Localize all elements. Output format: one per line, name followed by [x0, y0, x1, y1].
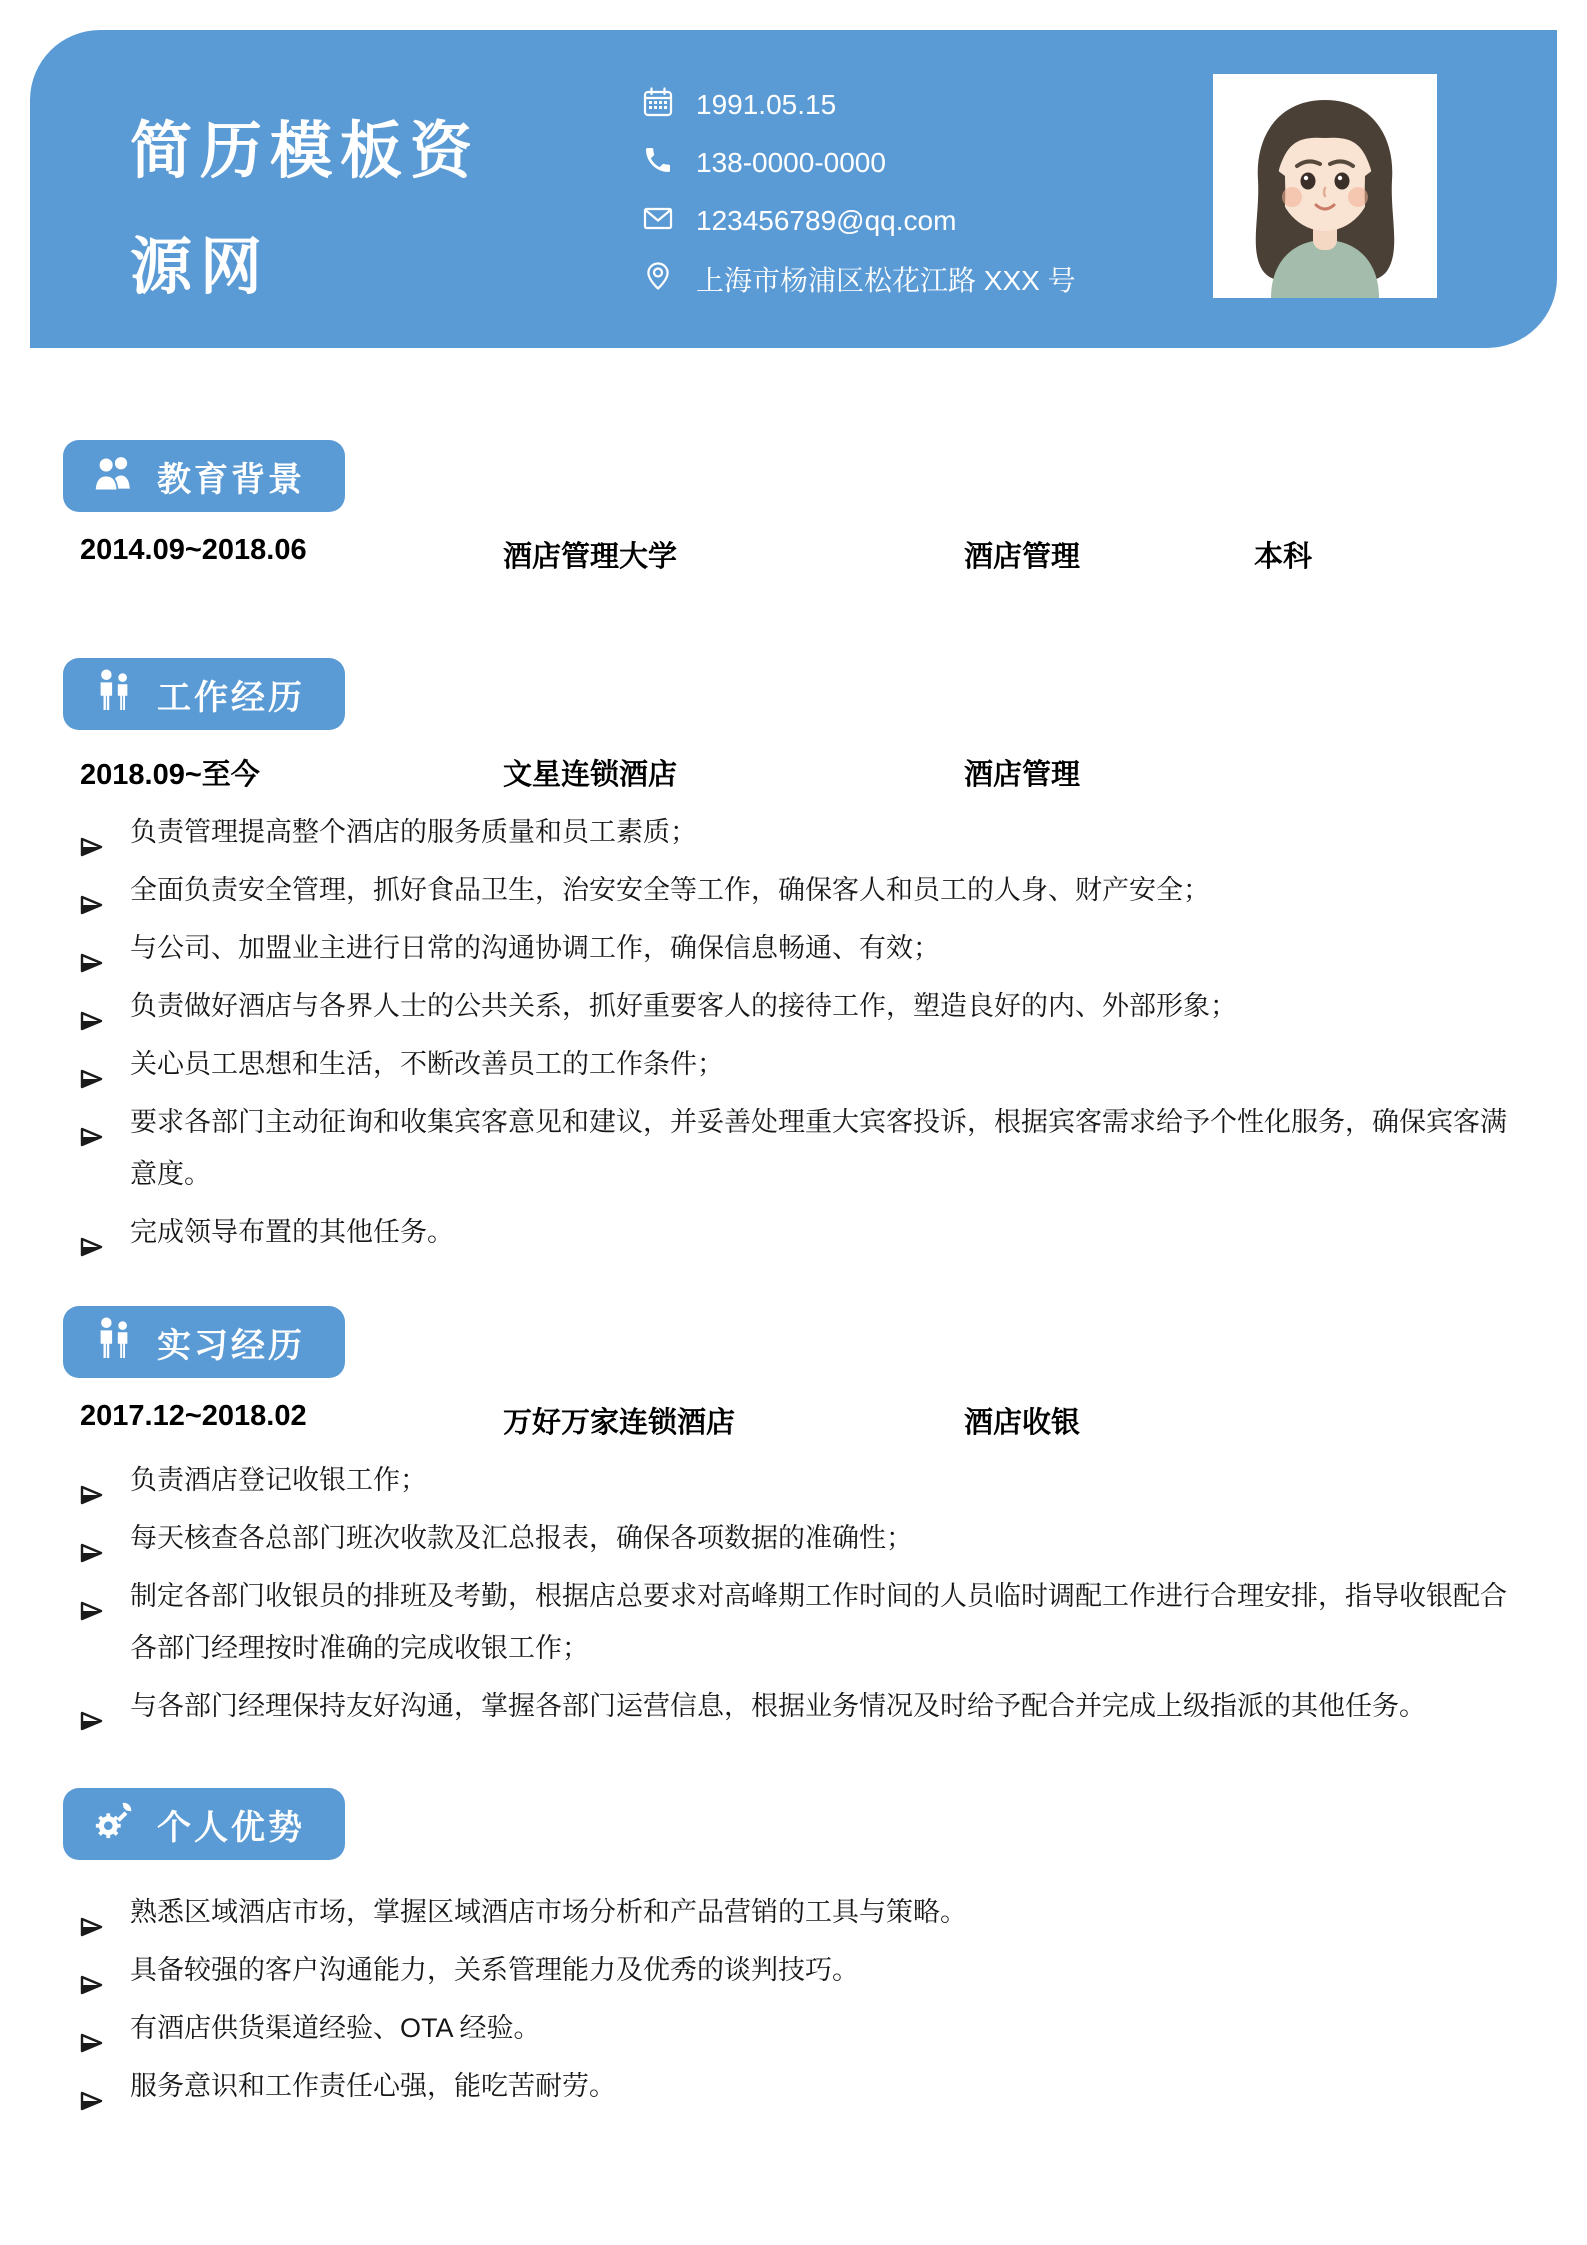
bullet-text: 每天核查各总部门班次收款及汇总报表，确保各项数据的准确性； — [130, 1523, 913, 1553]
bullet-item: 熟悉区域酒店市场，掌握区域酒店市场分析和产品营销的工具与策略。 — [80, 1886, 1510, 1938]
bullet-item: 要求各部门主动征询和收集宾客意见和建议，并妥善处理重大宾客投诉，根据宾客需求给予… — [80, 1096, 1510, 1200]
row-organization: 文星连锁酒店 — [503, 752, 677, 793]
section-title: 教育背景 — [157, 452, 305, 501]
bullet-item: 制定各部门收银员的排班及考勤，根据店总要求对高峰期工作时间的人员临时调配工作进行… — [80, 1570, 1510, 1674]
contact-phone: 138-0000-0000 — [642, 134, 1076, 192]
section-badge: 教育背景 — [63, 440, 345, 512]
bullet-text: 全面负责安全管理，抓好食品卫生，治安安全等工作，确保客人和员工的人身、财产安全； — [130, 875, 1210, 905]
bullet-list: 负责管理提高整个酒店的服务质量和员工素质； 全面负责安全管理，抓好食品卫生，治安… — [80, 806, 1510, 1258]
contact-list: 1991.05.15 138-0000-0000 123456789@qq.co… — [642, 76, 1076, 308]
phone-text: 138-0000-0000 — [696, 147, 886, 179]
arrowhead-bullet-icon — [80, 822, 104, 842]
gear-wrench-icon — [93, 1799, 135, 1850]
two-persons-icon — [93, 1317, 135, 1368]
bullet-text: 具备较强的客户沟通能力，关系管理能力及优秀的谈判技巧。 — [130, 1955, 859, 1985]
bullet-text: 熟悉区域酒店市场，掌握区域酒店市场分析和产品营销的工具与策略。 — [130, 1897, 967, 1927]
section-badge: 实习经历 — [63, 1306, 345, 1378]
row-period: 2017.12~2018.02 — [80, 1400, 307, 1433]
arrowhead-bullet-icon — [80, 1222, 104, 1242]
arrowhead-bullet-icon — [80, 2018, 104, 2038]
bullet-item: 每天核查各总部门班次收款及汇总报表，确保各项数据的准确性； — [80, 1512, 1510, 1564]
resume-page: 简历模板资源网 1991.05.15 — [0, 0, 1587, 2245]
section-title: 个人优势 — [157, 1800, 305, 1849]
bullet-text: 服务意识和工作责任心强，能吃苦耐劳。 — [130, 2071, 616, 2101]
bullet-list: 负责酒店登记收银工作； 每天核查各总部门班次收款及汇总报表，确保各项数据的准确性… — [80, 1454, 1510, 1732]
contact-email: 123456789@qq.com — [642, 192, 1076, 250]
bullet-text: 负责做好酒店与各界人士的公共关系，抓好重要客人的接待工作，塑造良好的内、外部形象… — [130, 991, 1237, 1021]
row-period: 2018.09~至今 — [80, 752, 260, 793]
contact-address: 上海市杨浦区松花江路 XXX 号 — [642, 250, 1076, 308]
bullet-text: 有酒店供货渠道经验、OTA 经验。 — [130, 2013, 541, 2043]
experience-row: 2018.09~至今 文星连锁酒店 酒店管理 — [80, 752, 1510, 792]
row-organization: 酒店管理大学 — [503, 534, 677, 575]
row-role: 酒店管理 — [964, 534, 1080, 575]
section-internship: 实习经历 2017.12~2018.02 万好万家连锁酒店 酒店收银 — [80, 1306, 1510, 1732]
experience-row: 2014.09~2018.06 酒店管理大学 酒店管理 本科 — [80, 534, 1510, 574]
row-role: 酒店管理 — [964, 752, 1080, 793]
section-education: 教育背景 2014.09~2018.06 酒店管理大学 酒店管理 本科 — [80, 440, 1510, 574]
bullet-item: 与公司、加盟业主进行日常的沟通协调工作，确保信息畅通、有效； — [80, 922, 1510, 974]
contact-birthday: 1991.05.15 — [642, 76, 1076, 134]
row-organization: 万好万家连锁酒店 — [503, 1400, 735, 1441]
profile-photo — [1213, 74, 1437, 298]
section-badge: 个人优势 — [63, 1788, 345, 1860]
arrowhead-bullet-icon — [80, 2076, 104, 2096]
section-title: 工作经历 — [157, 670, 305, 719]
bullet-text: 负责酒店登记收银工作； — [130, 1465, 427, 1495]
bullet-item: 服务意识和工作责任心强，能吃苦耐劳。 — [80, 2060, 1510, 2112]
candidate-name: 简历模板资源网 — [130, 94, 520, 326]
calendar-icon — [642, 86, 674, 125]
arrowhead-bullet-icon — [80, 1528, 104, 1548]
bullet-item: 完成领导布置的其他任务。 — [80, 1206, 1510, 1258]
bullet-text: 完成领导布置的其他任务。 — [130, 1217, 454, 1247]
arrowhead-bullet-icon — [80, 1112, 104, 1132]
phone-icon — [642, 144, 674, 183]
bullet-text: 要求各部门主动征询和收集宾客意见和建议，并妥善处理重大宾客投诉，根据宾客需求给予… — [130, 1107, 1507, 1189]
bullet-item: 与各部门经理保持友好沟通，掌握各部门运营信息，根据业务情况及时给予配合并完成上级… — [80, 1680, 1510, 1732]
header-banner: 简历模板资源网 1991.05.15 — [30, 30, 1557, 348]
arrowhead-bullet-icon — [80, 1054, 104, 1074]
email-text: 123456789@qq.com — [696, 205, 956, 237]
section-title: 实习经历 — [157, 1318, 305, 1367]
bullet-item: 有酒店供货渠道经验、OTA 经验。 — [80, 2002, 1510, 2054]
arrowhead-bullet-icon — [80, 1696, 104, 1716]
section-strengths: 个人优势 熟悉区域酒店市场，掌握区域酒店市场分析和产品营销的工具与策略。 — [80, 1788, 1510, 2112]
bullet-item: 负责管理提高整个酒店的服务质量和员工素质； — [80, 806, 1510, 858]
location-icon — [642, 260, 674, 299]
arrowhead-bullet-icon — [80, 1960, 104, 1980]
bullet-item: 具备较强的客户沟通能力，关系管理能力及优秀的谈判技巧。 — [80, 1944, 1510, 1996]
bullet-text: 与各部门经理保持友好沟通，掌握各部门运营信息，根据业务情况及时给予配合并完成上级… — [130, 1691, 1426, 1721]
arrowhead-bullet-icon — [80, 880, 104, 900]
arrowhead-bullet-icon — [80, 1902, 104, 1922]
bullet-text: 负责管理提高整个酒店的服务质量和员工素质； — [130, 817, 697, 847]
bullet-text: 关心员工思想和生活，不断改善员工的工作条件； — [130, 1049, 724, 1079]
email-icon — [642, 202, 674, 241]
section-badge: 工作经历 — [63, 658, 345, 730]
resume-body: 教育背景 2014.09~2018.06 酒店管理大学 酒店管理 本科 — [0, 348, 1587, 2118]
section-work: 工作经历 2018.09~至今 文星连锁酒店 酒店管理 负责管理提高整 — [80, 658, 1510, 1258]
bullet-text: 与公司、加盟业主进行日常的沟通协调工作，确保信息畅通、有效； — [130, 933, 940, 963]
arrowhead-bullet-icon — [80, 938, 104, 958]
cartoon-portrait — [1213, 74, 1437, 298]
arrowhead-bullet-icon — [80, 996, 104, 1016]
bullet-item: 关心员工思想和生活，不断改善员工的工作条件； — [80, 1038, 1510, 1090]
bullet-item: 全面负责安全管理，抓好食品卫生，治安安全等工作，确保客人和员工的人身、财产安全； — [80, 864, 1510, 916]
row-period: 2014.09~2018.06 — [80, 534, 307, 567]
experience-row: 2017.12~2018.02 万好万家连锁酒店 酒店收银 — [80, 1400, 1510, 1440]
people-icon — [93, 451, 135, 502]
bullet-list: 熟悉区域酒店市场，掌握区域酒店市场分析和产品营销的工具与策略。 具备较强的客户沟… — [80, 1886, 1510, 2112]
bullet-item: 负责做好酒店与各界人士的公共关系，抓好重要客人的接待工作，塑造良好的内、外部形象… — [80, 980, 1510, 1032]
arrowhead-bullet-icon — [80, 1586, 104, 1606]
row-role: 酒店收银 — [964, 1400, 1080, 1441]
arrowhead-bullet-icon — [80, 1470, 104, 1490]
address-text: 上海市杨浦区松花江路 XXX 号 — [696, 259, 1076, 299]
row-degree: 本科 — [1254, 534, 1312, 575]
birthday-text: 1991.05.15 — [696, 89, 836, 121]
bullet-item: 负责酒店登记收银工作； — [80, 1454, 1510, 1506]
bullet-text: 制定各部门收银员的排班及考勤，根据店总要求对高峰期工作时间的人员临时调配工作进行… — [130, 1581, 1507, 1663]
two-persons-icon — [93, 669, 135, 720]
